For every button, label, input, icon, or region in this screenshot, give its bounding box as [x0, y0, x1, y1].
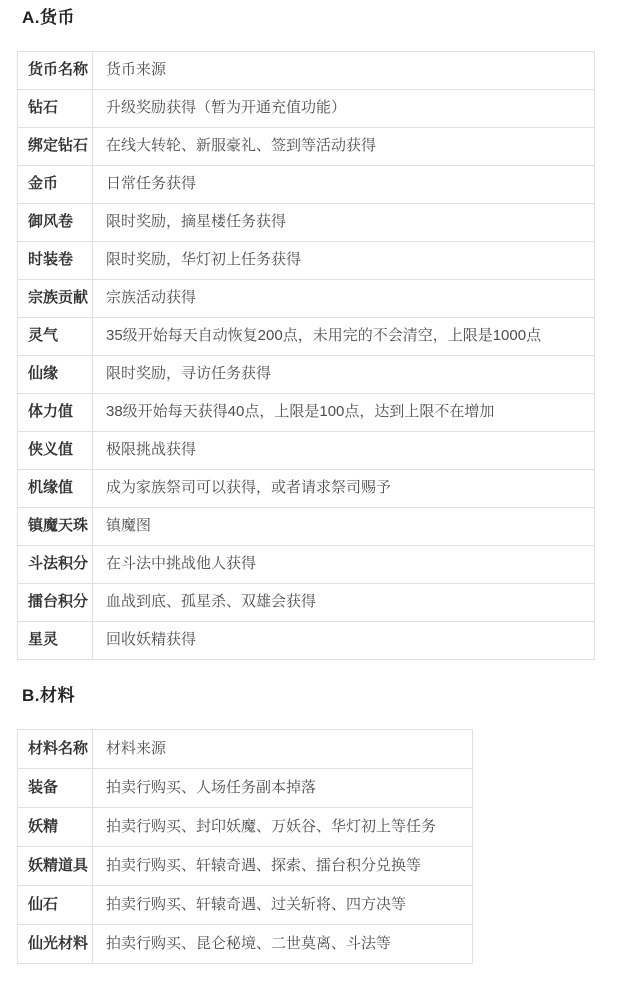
item-name-cell: 机缘值: [18, 470, 93, 508]
table-header-row: 材料名称材料来源: [18, 730, 473, 769]
source-column-header: 材料来源: [93, 730, 473, 769]
item-name-cell: 金币: [18, 166, 93, 204]
table-row: 钻石升级奖励获得（暂为开通充值功能）: [18, 90, 595, 128]
item-source-cell: 在斗法中挑战他人获得: [93, 546, 595, 584]
item-source-cell: 38级开始每天获得40点，上限是100点，达到上限不在增加: [93, 394, 595, 432]
item-name-cell: 钻石: [18, 90, 93, 128]
table-row: 仙石拍卖行购买、轩辕奇遇、过关斩将、四方决等: [18, 886, 473, 925]
item-source-cell: 35级开始每天自动恢复200点，未用完的不会清空，上限是1000点: [93, 318, 595, 356]
section-materials: B.材料 材料名称材料来源装备拍卖行购买、人场任务副本掉落妖精拍卖行购买、封印妖…: [17, 686, 640, 964]
table-row: 仙缘限时奖励，寻访任务获得: [18, 356, 595, 394]
table-row: 绑定钻石在线大转轮、新服豪礼、签到等活动获得: [18, 128, 595, 166]
item-source-cell: 日常任务获得: [93, 166, 595, 204]
table-header-row: 货币名称货币来源: [18, 52, 595, 90]
table-row: 灵气35级开始每天自动恢复200点，未用完的不会清空，上限是1000点: [18, 318, 595, 356]
name-column-header: 货币名称: [18, 52, 93, 90]
table-row: 金币日常任务获得: [18, 166, 595, 204]
item-source-cell: 宗族活动获得: [93, 280, 595, 318]
item-source-cell: 回收妖精获得: [93, 622, 595, 660]
table-row: 妖精拍卖行购买、封印妖魔、万妖谷、华灯初上等任务: [18, 808, 473, 847]
item-source-cell: 拍卖行购买、封印妖魔、万妖谷、华灯初上等任务: [93, 808, 473, 847]
item-name-cell: 妖精道具: [18, 847, 93, 886]
table-row: 星灵回收妖精获得: [18, 622, 595, 660]
currency-table: 货币名称货币来源钻石升级奖励获得（暂为开通充值功能）绑定钻石在线大转轮、新服豪礼…: [17, 51, 595, 660]
item-source-cell: 拍卖行购买、昆仑秘境、二世莫离、斗法等: [93, 925, 473, 964]
item-name-cell: 妖精: [18, 808, 93, 847]
item-name-cell: 装备: [18, 769, 93, 808]
table-row: 擂台积分血战到底、孤星杀、双雄会获得: [18, 584, 595, 622]
name-column-header: 材料名称: [18, 730, 93, 769]
section-b-heading: B.材料: [22, 686, 640, 706]
section-currency: A.货币 货币名称货币来源钻石升级奖励获得（暂为开通充值功能）绑定钻石在线大转轮…: [17, 8, 640, 660]
item-name-cell: 御风卷: [18, 204, 93, 242]
item-source-cell: 限时奖励，摘星楼任务获得: [93, 204, 595, 242]
item-name-cell: 绑定钻石: [18, 128, 93, 166]
item-name-cell: 仙光材料: [18, 925, 93, 964]
table-row: 侠义值极限挑战获得: [18, 432, 595, 470]
table-row: 仙光材料拍卖行购买、昆仑秘境、二世莫离、斗法等: [18, 925, 473, 964]
item-name-cell: 星灵: [18, 622, 93, 660]
table-row: 宗族贡献宗族活动获得: [18, 280, 595, 318]
item-source-cell: 拍卖行购买、轩辕奇遇、探索、擂台积分兑换等: [93, 847, 473, 886]
table-row: 装备拍卖行购买、人场任务副本掉落: [18, 769, 473, 808]
item-source-cell: 成为家族祭司可以获得，或者请求祭司赐予: [93, 470, 595, 508]
table-row: 体力值38级开始每天获得40点，上限是100点，达到上限不在增加: [18, 394, 595, 432]
item-source-cell: 拍卖行购买、轩辕奇遇、过关斩将、四方决等: [93, 886, 473, 925]
table-row: 机缘值成为家族祭司可以获得，或者请求祭司赐予: [18, 470, 595, 508]
section-a-heading: A.货币: [22, 8, 640, 28]
table-row: 御风卷限时奖励，摘星楼任务获得: [18, 204, 595, 242]
item-source-cell: 血战到底、孤星杀、双雄会获得: [93, 584, 595, 622]
item-name-cell: 擂台积分: [18, 584, 93, 622]
item-source-cell: 拍卖行购买、人场任务副本掉落: [93, 769, 473, 808]
materials-table: 材料名称材料来源装备拍卖行购买、人场任务副本掉落妖精拍卖行购买、封印妖魔、万妖谷…: [17, 729, 473, 964]
item-source-cell: 极限挑战获得: [93, 432, 595, 470]
item-source-cell: 限时奖励，华灯初上任务获得: [93, 242, 595, 280]
table-row: 斗法积分在斗法中挑战他人获得: [18, 546, 595, 584]
item-name-cell: 镇魔天珠: [18, 508, 93, 546]
item-name-cell: 体力值: [18, 394, 93, 432]
item-source-cell: 镇魔图: [93, 508, 595, 546]
table-row: 镇魔天珠镇魔图: [18, 508, 595, 546]
item-name-cell: 仙缘: [18, 356, 93, 394]
item-name-cell: 仙石: [18, 886, 93, 925]
item-source-cell: 在线大转轮、新服豪礼、签到等活动获得: [93, 128, 595, 166]
table-row: 妖精道具拍卖行购买、轩辕奇遇、探索、擂台积分兑换等: [18, 847, 473, 886]
item-source-cell: 升级奖励获得（暂为开通充值功能）: [93, 90, 595, 128]
item-name-cell: 斗法积分: [18, 546, 93, 584]
item-name-cell: 灵气: [18, 318, 93, 356]
item-name-cell: 侠义值: [18, 432, 93, 470]
table-row: 时装卷限时奖励，华灯初上任务获得: [18, 242, 595, 280]
item-name-cell: 宗族贡献: [18, 280, 93, 318]
source-column-header: 货币来源: [93, 52, 595, 90]
item-name-cell: 时装卷: [18, 242, 93, 280]
item-source-cell: 限时奖励，寻访任务获得: [93, 356, 595, 394]
page: A.货币 货币名称货币来源钻石升级奖励获得（暂为开通充值功能）绑定钻石在线大转轮…: [0, 0, 640, 998]
